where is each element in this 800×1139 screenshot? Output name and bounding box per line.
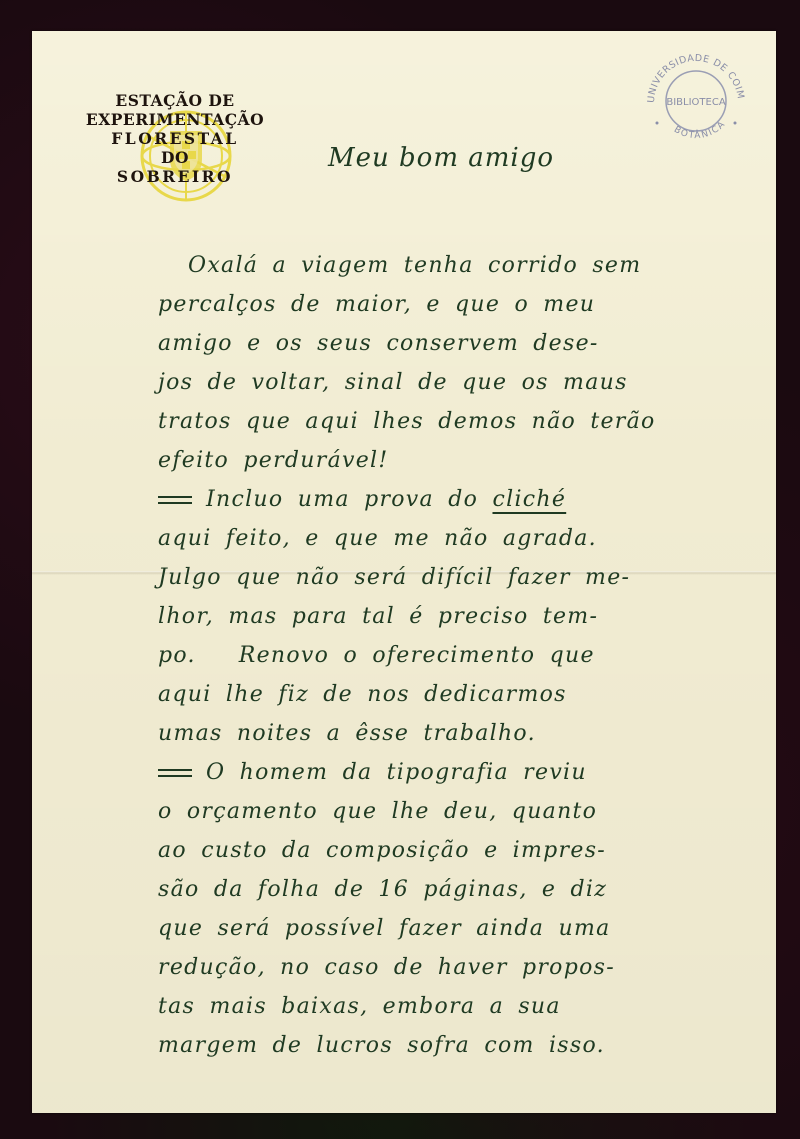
- body-line-text: aqui feito, e que me não agrada.: [158, 526, 597, 551]
- body-line-text: que será possível fazer ainda uma: [158, 916, 611, 941]
- body-line-6: efeito perdurável!: [158, 448, 718, 487]
- body-line-text: redução, no caso de haver propos-: [158, 955, 615, 980]
- body-line-13: umas noites a êsse trabalho.: [158, 721, 718, 760]
- body-line-21: margem de lucros sofra com isso.: [158, 1033, 718, 1072]
- body-line-4: jos de voltar, sinal de que os maus: [158, 370, 718, 409]
- body-line-text: o orçamento que lhe deu, quanto: [158, 799, 597, 824]
- body-line-19: redução, no caso de haver propos-: [158, 955, 718, 994]
- body-line-11: po. Renovo o oferecimento que: [158, 643, 718, 682]
- letterhead-text: ESTAÇÃO DE EXPERIMENTAÇÃO FLORESTAL DO S…: [80, 91, 270, 186]
- body-line-10: lhor, mas para tal é preciso tem-: [158, 604, 718, 643]
- underlined-word: cliché: [492, 487, 566, 512]
- body-line-text: margem de lucros sofra com isso.: [158, 1033, 605, 1058]
- letterhead-line-5: SOBREIRO: [80, 167, 270, 186]
- paragraph-marker-icon: [158, 769, 192, 777]
- body-line-7: Incluo uma prova do cliché: [158, 487, 718, 526]
- body-line-8: aqui feito, e que me não agrada.: [158, 526, 718, 565]
- body-line-text: Julgo que não será difícil fazer me-: [158, 565, 630, 590]
- letterhead-line-4: DO: [80, 148, 270, 167]
- body-line-text: Oxalá a viagem tenha corrido sem: [188, 253, 641, 278]
- body-line-15: o orçamento que lhe deu, quanto: [158, 799, 718, 838]
- body-line-text: percalços de maior, e que o meu: [158, 292, 595, 317]
- salutation: Meu bom amigo: [328, 143, 554, 173]
- body-line-18: que será possível fazer ainda uma: [158, 916, 718, 955]
- body-line-text: po. Renovo o oferecimento que: [158, 643, 595, 668]
- body-line-9: Julgo que não será difícil fazer me-: [158, 565, 718, 604]
- paragraph-marker-icon: [158, 496, 192, 504]
- body-line-20: tas mais baixas, embora a sua: [158, 994, 718, 1033]
- body-line-16: ao custo da composição e impres-: [158, 838, 718, 877]
- body-line-2: percalços de maior, e que o meu: [158, 292, 718, 331]
- body-line-1: Oxalá a viagem tenha corrido sem: [158, 253, 718, 292]
- body-line-text: umas noites a êsse trabalho.: [158, 721, 536, 746]
- library-stamp-icon: UNIVERSIDADE DE COIMBRA BIBLIOTECA BOTÂN…: [640, 43, 752, 155]
- body-line-text: aqui lhe fiz de nos dedicarmos: [158, 682, 567, 707]
- body-line-5: tratos que aqui lhes demos não terão: [158, 409, 718, 448]
- letterhead-line-2: EXPERIMENTAÇÃO: [80, 110, 270, 129]
- stamp-center-text: BIBLIOTECA: [666, 97, 725, 108]
- body-line-text: são da folha de 16 páginas, e diz: [158, 877, 607, 902]
- body-line-text: Incluo uma prova do: [206, 487, 478, 512]
- body-line-text: lhor, mas para tal é preciso tem-: [158, 604, 598, 629]
- body-line-17: são da folha de 16 páginas, e diz: [158, 877, 718, 916]
- letterhead-line-1: ESTAÇÃO DE: [80, 91, 270, 110]
- body-line-14: O homem da tipografia reviu: [158, 760, 718, 799]
- body-line-text: jos de voltar, sinal de que os maus: [158, 370, 628, 395]
- letter-body: Oxalá a viagem tenha corrido sem percalç…: [158, 253, 718, 1072]
- body-line-text: O homem da tipografia reviu: [206, 760, 587, 785]
- letterhead: ESTAÇÃO DE EXPERIMENTAÇÃO FLORESTAL DO S…: [80, 81, 270, 211]
- body-line-text: tas mais baixas, embora a sua: [158, 994, 561, 1019]
- body-line-text: amigo e os seus conservem dese-: [158, 331, 599, 356]
- body-line-12: aqui lhe fiz de nos dedicarmos: [158, 682, 718, 721]
- stamp-outer-text: UNIVERSIDADE DE COIMBRA: [640, 43, 746, 103]
- body-line-3: amigo e os seus conservem dese-: [158, 331, 718, 370]
- letterhead-line-3: FLORESTAL: [80, 129, 270, 148]
- body-line-text: ao custo da composição e impres-: [158, 838, 606, 863]
- letter-paper: ESTAÇÃO DE EXPERIMENTAÇÃO FLORESTAL DO S…: [32, 31, 776, 1113]
- svg-text:UNIVERSIDADE DE COIMBRA: UNIVERSIDADE DE COIMBRA: [640, 43, 746, 103]
- body-line-text: efeito perdurável!: [158, 448, 389, 473]
- body-line-text: tratos que aqui lhes demos não terão: [158, 409, 656, 434]
